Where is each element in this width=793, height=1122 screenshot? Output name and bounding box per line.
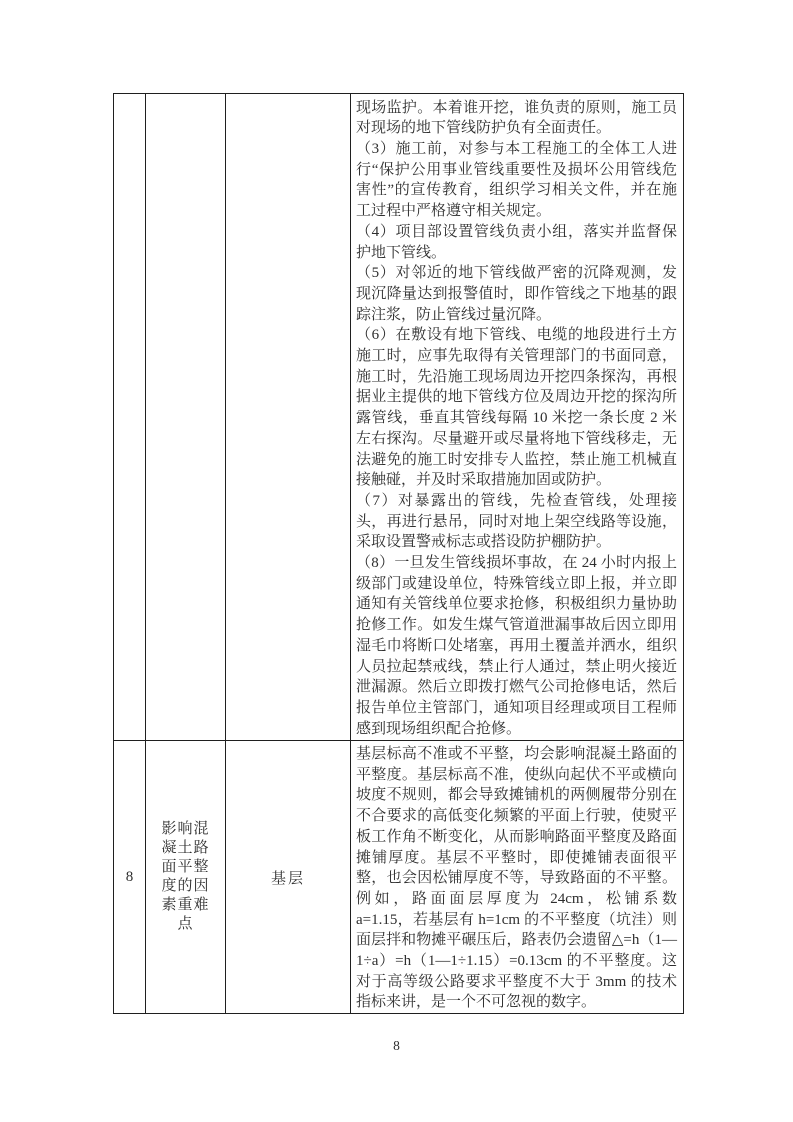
factor-cell: 影响混凝土路面平整度的因素重难点	[146, 741, 226, 1014]
document-page: 现场监护。本着谁开挖，谁负责的原则，施工员对现场的地下管线防护负有全面责任。 （…	[0, 0, 793, 1122]
table-row-continuation: 现场监护。本着谁开挖，谁负责的原则，施工员对现场的地下管线防护负有全面责任。 （…	[114, 94, 684, 741]
subitem-cell	[226, 94, 351, 741]
content-cell-base-layer-flatness: 基层标高不准或不平整，均会影响混凝土路面的平整度。基层标高不准，使纵向起伏不平或…	[351, 741, 684, 1014]
factor-cell	[146, 94, 226, 741]
table-row-base-layer: 8 影响混凝土路面平整度的因素重难点 基层 基层标高不准或不平整，均会影响混凝土…	[114, 741, 684, 1014]
page-number: 8	[0, 1038, 793, 1054]
content-cell-pipeline-protection: 现场监护。本着谁开挖，谁负责的原则，施工员对现场的地下管线防护负有全面责任。 （…	[351, 94, 684, 741]
subitem-cell: 基层	[226, 741, 351, 1014]
content-table: 现场监护。本着谁开挖，谁负责的原则，施工员对现场的地下管线防护负有全面责任。 （…	[113, 93, 684, 1014]
serial-cell: 8	[114, 741, 146, 1014]
serial-cell	[114, 94, 146, 741]
